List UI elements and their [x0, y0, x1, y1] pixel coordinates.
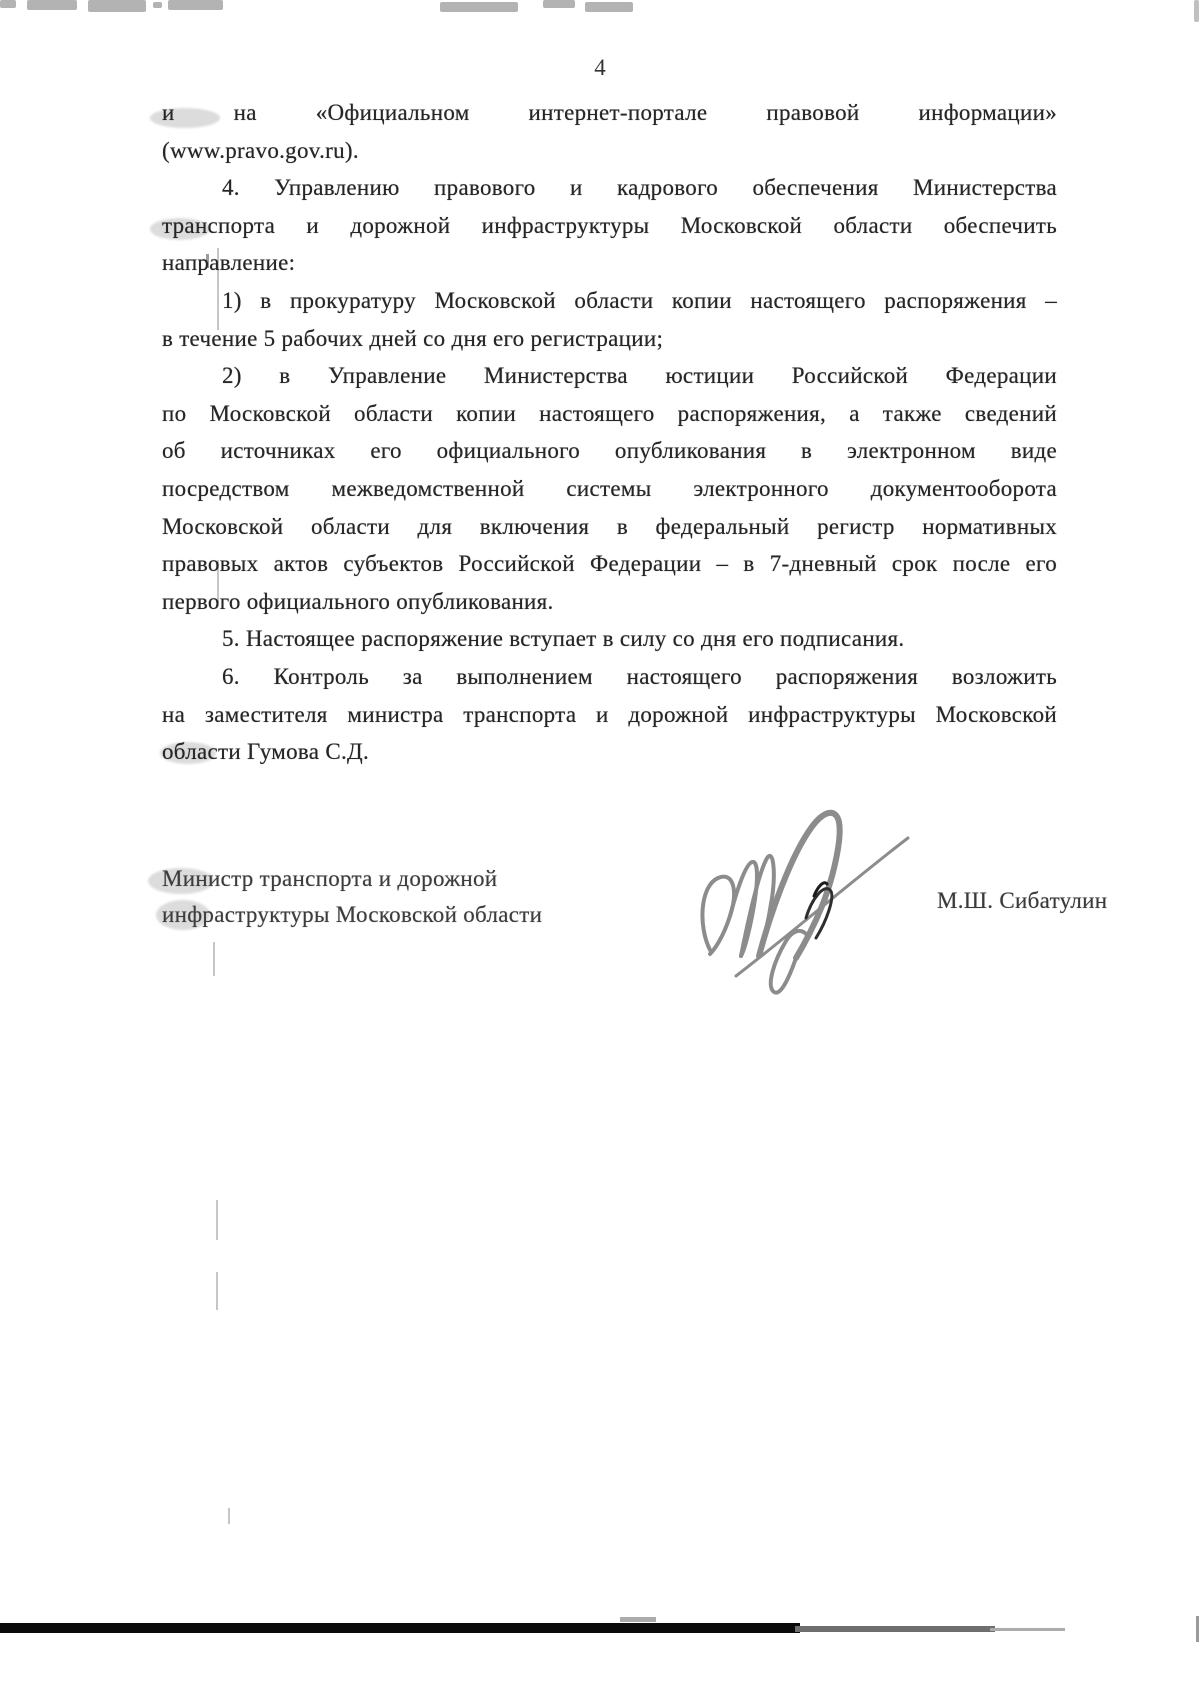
signer-title-line1: Министр транспорта и дорожной — [162, 866, 682, 896]
text-line: области Гумова С.Д. — [162, 739, 1057, 771]
scan-artifact — [216, 1200, 218, 1240]
text-line: правовых актов субъектов Российской Феде… — [162, 551, 1057, 583]
text-line: по Московской области копии настоящего р… — [162, 401, 1057, 433]
scan-artifact — [440, 2, 518, 12]
scan-artifact — [216, 1272, 218, 1310]
text-line: 1) в прокуратуру Московской области копи… — [162, 288, 1057, 320]
text-line: Московской области для включения в федер… — [162, 514, 1057, 546]
scan-artifact — [795, 1626, 995, 1632]
text-line: посредством межведомственной системы эле… — [162, 476, 1057, 508]
text-line: транспорта и дорожной инфраструктуры Мос… — [162, 213, 1057, 245]
scan-artifact — [27, 0, 77, 10]
signer-name: М.Ш. Сибатулин — [937, 888, 1177, 918]
scan-artifact — [1196, 1616, 1199, 1642]
scan-artifact — [228, 1508, 230, 1524]
scan-artifact — [1194, 0, 1199, 22]
scan-artifact — [153, 2, 162, 8]
scan-artifact — [88, 0, 146, 12]
page-number: 4 — [0, 55, 1200, 81]
scan-artifact — [585, 2, 633, 12]
text-line: 5. Настоящее распоряжение вступает в сил… — [162, 626, 1057, 658]
text-line: 6. Контроль за выполнением настоящего ра… — [162, 664, 1057, 696]
scan-artifact — [0, 1623, 800, 1633]
scan-artifact — [620, 1617, 656, 1622]
text-line: и на «Официальном интернет-портале право… — [162, 100, 1057, 132]
text-line: на заместителя министра транспорта и дор… — [162, 702, 1057, 734]
text-line: в течение 5 рабочих дней со дня его реги… — [162, 326, 1057, 358]
text-line: направление: — [162, 250, 1057, 282]
signer-title-line2: инфраструктуры Московской области — [162, 902, 682, 932]
scan-artifact — [543, 0, 575, 8]
scan-artifact — [990, 1628, 1065, 1631]
text-line: 2) в Управление Министерства юстиции Рос… — [162, 363, 1057, 395]
scanned-document-page: 4 и на «Официальном интернет-портале пра… — [0, 0, 1200, 1696]
signature-ink — [688, 798, 933, 1003]
scan-artifact — [213, 942, 215, 976]
text-line: первого официального опубликования. — [162, 589, 1057, 621]
scan-artifact — [168, 0, 223, 10]
text-line: 4. Управлению правового и кадрового обес… — [162, 175, 1057, 207]
text-line: об источниках его официального опубликов… — [162, 438, 1057, 470]
scan-artifact — [0, 0, 16, 8]
text-line: (www.pravo.gov.ru). — [162, 138, 1057, 170]
